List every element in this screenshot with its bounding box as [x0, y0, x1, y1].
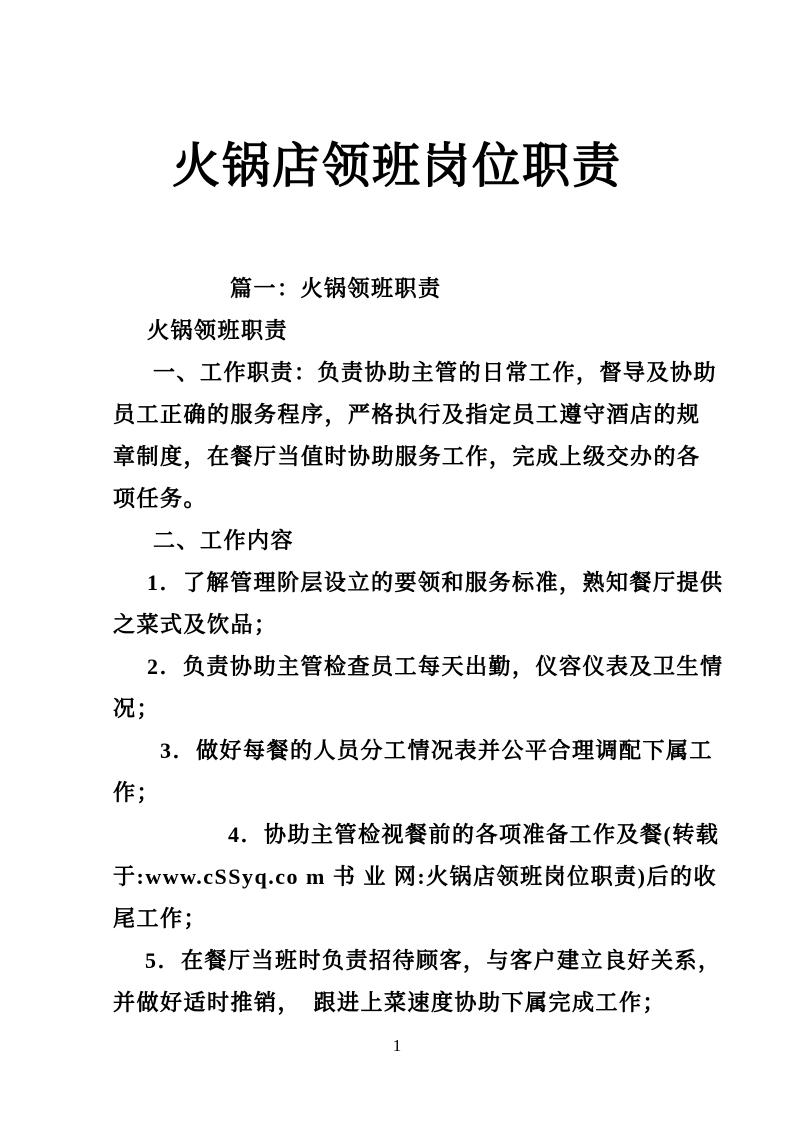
document-title: 火锅店领班岗位职责: [0, 0, 794, 198]
doc-line: 项任务。: [113, 478, 684, 520]
doc-line: 员工正确的服务程序，严格执行及指定员工遵守酒店的规: [113, 394, 684, 436]
doc-line: 之菜式及饮品；: [113, 604, 684, 646]
document-page: 火锅店领班岗位职责 篇一：火锅领班职责 火锅领班职责 一、工作职责：负责协助主管…: [0, 0, 794, 1123]
doc-line-item4: 4．协助主管检视餐前的各项准备工作及餐(转载: [113, 814, 684, 856]
doc-line: 一、工作职责：负责协助主管的日常工作，督导及协助: [113, 352, 684, 394]
doc-line: 章制度，在餐厅当值时协助服务工作，完成上级交办的各: [113, 436, 684, 478]
doc-line: 况；: [113, 688, 684, 730]
subtitle-pian1: 篇一：火锅领班职责: [113, 268, 684, 310]
heading-work-content: 二、工作内容: [113, 520, 684, 562]
doc-line: 并做好适时推销， 跟进上菜速度协助下属完成工作；: [113, 982, 684, 1024]
doc-line-source-url: 于:www.cSSyq.co m 书 业 网:火锅店领班岗位职责)后的收: [113, 856, 684, 898]
document-body: 篇一：火锅领班职责 火锅领班职责 一、工作职责：负责协助主管的日常工作，督导及协…: [0, 268, 794, 1024]
doc-line-item5: 5．在餐厅当班时负责招待顾客，与客户建立良好关系，: [113, 940, 684, 982]
doc-line-item3: 3．做好每餐的人员分工情况表并公平合理调配下属工: [113, 730, 684, 772]
page-number: 1: [0, 1036, 794, 1056]
doc-line-item2: 2．负责协助主管检查员工每天出勤，仪容仪表及卫生情: [113, 646, 684, 688]
doc-line-item1: 1．了解管理阶层设立的要领和服务标准，熟知餐厅提供: [113, 562, 684, 604]
doc-line: 作；: [113, 772, 684, 814]
heading-job-title: 火锅领班职责: [113, 310, 684, 352]
doc-line: 尾工作；: [113, 898, 684, 940]
